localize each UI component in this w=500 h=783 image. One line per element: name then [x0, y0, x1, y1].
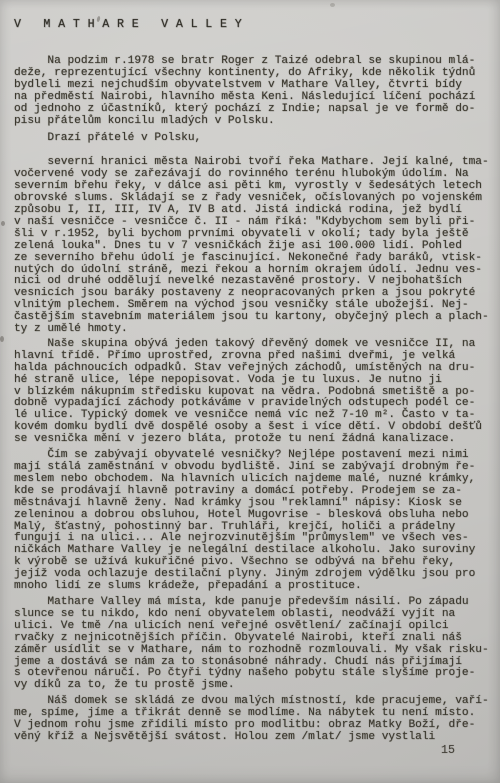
paragraph-introduction: Na podzim r.1978 se bratr Roger z Taizé …	[14, 56, 496, 127]
scan-speck	[0, 336, 4, 342]
paragraph-occupations: Čím se zabývají obyvatelé vesničky? Nejl…	[14, 450, 496, 593]
scanned-document-page: V M A T H A R E V A L L E Y Na podzim r.…	[0, 0, 500, 783]
page-number: 15	[441, 744, 455, 757]
document-title: V M A T H A R E V A L L E Y	[14, 19, 496, 31]
paragraph-valley-description: severní hranici města Nairobi tvoří řeka…	[14, 157, 496, 336]
scan-speck	[330, 3, 335, 7]
salutation-line: Drazí přátelé v Polsku,	[14, 133, 496, 145]
paragraph-daily-life: Náš domek se skládá ze dvou malých místn…	[14, 696, 496, 744]
page-text-block: V M A T H A R E V A L L E Y Na podzim r.…	[14, 19, 496, 744]
scan-speck	[1, 221, 5, 226]
paragraph-violence: Mathare Valley má místa, kde panuje před…	[14, 597, 496, 692]
paragraph-our-house: Naše skupina obývá jeden takový dřevěný …	[14, 339, 496, 446]
